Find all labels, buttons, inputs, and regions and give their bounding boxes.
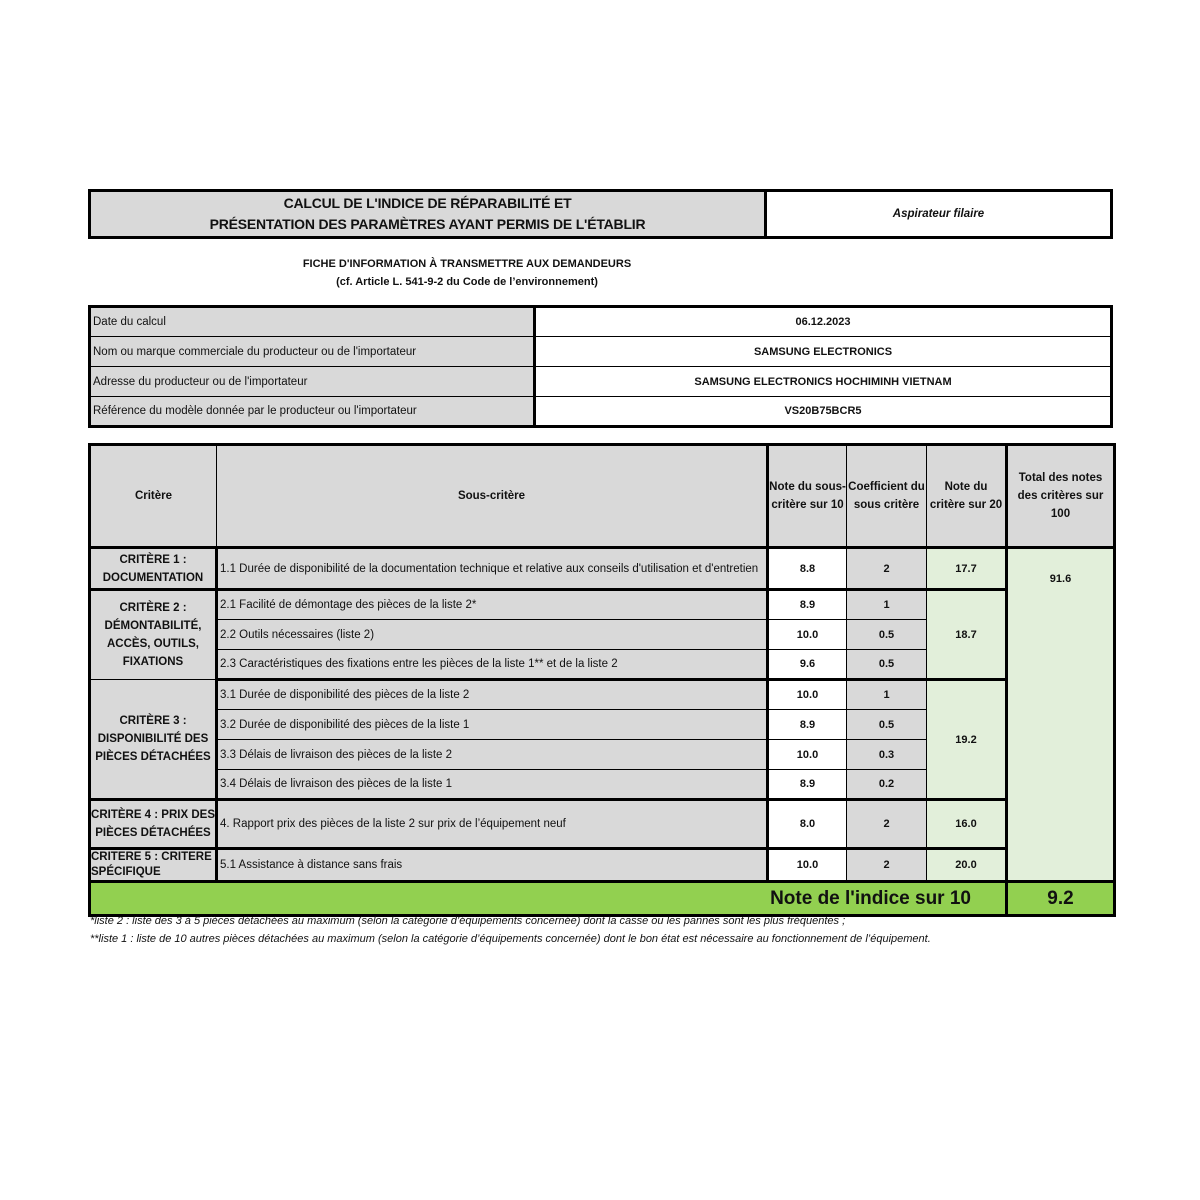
subcriterion-label: 2.3 Caractéristiques des fixations entre… (217, 650, 768, 680)
subcriterion-note: 10.0 (768, 620, 847, 650)
subcriterion-coef: 1 (847, 590, 927, 620)
criterion-score: 20.0 (927, 849, 1007, 882)
info-row-model: Référence du modèle donnée par le produc… (90, 397, 1112, 427)
subcriterion-label: 2.1 Facilité de démontage des pièces de … (217, 590, 768, 620)
subcriterion-coef: 2 (847, 849, 927, 882)
final-score-label: Note de l'indice sur 10 (90, 882, 1007, 916)
info-value: VS20B75BCR5 (535, 397, 1112, 427)
info-label: Nom ou marque commerciale du producteur … (90, 337, 535, 367)
info-row-brand: Nom ou marque commerciale du producteur … (90, 337, 1112, 367)
subcriterion-label: 3.2 Durée de disponibilité des pièces de… (217, 710, 768, 740)
subtitle-line-2: (cf. Article L. 541-9-2 du Code de l’env… (200, 273, 734, 291)
document-title: CALCUL DE L'INDICE DE RÉPARABILITÉ ET PR… (91, 192, 767, 236)
criterion-score: 18.7 (927, 590, 1007, 680)
table-row: CRITÈRE 2 : DÉMONTABILITÉ, ACCÈS, OUTILS… (90, 590, 1115, 620)
product-type: Aspirateur filaire (767, 192, 1110, 236)
subcriterion-note: 8.9 (768, 770, 847, 800)
criterion-score: 17.7 (927, 548, 1007, 590)
table-row: CRITÈRE 4 : PRIX DES PIÈCES DÉTACHÉES 4.… (90, 800, 1115, 849)
header-note-sous: Note du sous-critère sur 10 (768, 445, 847, 548)
subcriterion-label: 1.1 Durée de disponibilité de la documen… (217, 548, 768, 590)
subcriterion-label: 3.4 Délais de livraison des pièces de la… (217, 770, 768, 800)
table-row: CRITÈRE 3 : DISPONIBILITÉ DES PIÈCES DÉT… (90, 680, 1115, 710)
subcriterion-note: 8.9 (768, 710, 847, 740)
footnotes: *liste 2 : liste des 3 à 5 pièces détach… (90, 912, 931, 948)
table-header-row: Critère Sous-critère Note du sous-critèr… (90, 445, 1115, 548)
info-value: SAMSUNG ELECTRONICS (535, 337, 1112, 367)
footnote-liste-1: **liste 1 : liste de 10 autres pièces dé… (90, 930, 931, 948)
header-critere: Critère (90, 445, 217, 548)
repairability-table: Critère Sous-critère Note du sous-critèr… (88, 443, 1116, 917)
subcriterion-note: 10.0 (768, 740, 847, 770)
subcriterion-coef: 0.3 (847, 740, 927, 770)
subtitle-line-1: FICHE D'INFORMATION À TRANSMETTRE AUX DE… (200, 255, 734, 273)
footnote-liste-2: *liste 2 : liste des 3 à 5 pièces détach… (90, 912, 931, 930)
document-title-box: CALCUL DE L'INDICE DE RÉPARABILITÉ ET PR… (88, 189, 1113, 239)
criterion-label: CRITÈRE 2 : DÉMONTABILITÉ, ACCÈS, OUTILS… (90, 590, 217, 680)
subcriterion-note: 8.0 (768, 800, 847, 849)
info-value: 06.12.2023 (535, 307, 1112, 337)
subcriterion-coef: 2 (847, 800, 927, 849)
subcriterion-note: 9.6 (768, 650, 847, 680)
subcriterion-note: 10.0 (768, 680, 847, 710)
subcriterion-coef: 2 (847, 548, 927, 590)
table-row: CRITÈRE 1 : DOCUMENTATION 1.1 Durée de d… (90, 548, 1115, 590)
table-row: CRITERE 5 : CRITERE SPÉCIFIQUE 5.1 Assis… (90, 849, 1115, 882)
subcriterion-label: 3.3 Délais de livraison des pièces de la… (217, 740, 768, 770)
info-table: Date du calcul 06.12.2023 Nom ou marque … (88, 305, 1113, 428)
header-note-critere: Note du critère sur 20 (927, 445, 1007, 548)
info-value: SAMSUNG ELECTRONICS HOCHIMINH VIETNAM (535, 367, 1112, 397)
subcriterion-label: 2.2 Outils nécessaires (liste 2) (217, 620, 768, 650)
header-coef: Coefficient du sous critère (847, 445, 927, 548)
final-score-value: 9.2 (1007, 882, 1115, 916)
criterion-label: CRITÈRE 4 : PRIX DES PIÈCES DÉTACHÉES (90, 800, 217, 849)
info-label: Référence du modèle donnée par le produc… (90, 397, 535, 427)
subcriterion-note: 10.0 (768, 849, 847, 882)
subcriterion-coef: 0.2 (847, 770, 927, 800)
info-label: Date du calcul (90, 307, 535, 337)
final-score-row: Note de l'indice sur 10 9.2 (90, 882, 1115, 916)
criterion-label: CRITÈRE 1 : DOCUMENTATION (90, 548, 217, 590)
header-sous-critere: Sous-critère (217, 445, 768, 548)
title-line-1: CALCUL DE L'INDICE DE RÉPARABILITÉ ET (284, 193, 572, 214)
subcriterion-coef: 0.5 (847, 710, 927, 740)
criterion-label: CRITERE 5 : CRITERE SPÉCIFIQUE (90, 849, 217, 882)
total-score-100: 91.6 (1007, 548, 1115, 882)
subcriterion-coef: 0.5 (847, 650, 927, 680)
subcriterion-note: 8.9 (768, 590, 847, 620)
subcriterion-note: 8.8 (768, 548, 847, 590)
info-row-date: Date du calcul 06.12.2023 (90, 307, 1112, 337)
subtitle: FICHE D'INFORMATION À TRANSMETTRE AUX DE… (200, 255, 734, 291)
info-row-address: Adresse du producteur ou de l'importateu… (90, 367, 1112, 397)
title-line-2: PRÉSENTATION DES PARAMÈTRES AYANT PERMIS… (210, 214, 646, 235)
criterion-score: 19.2 (927, 680, 1007, 800)
header-total: Total des notes des critères sur 100 (1007, 445, 1115, 548)
subcriterion-coef: 1 (847, 680, 927, 710)
info-label: Adresse du producteur ou de l'importateu… (90, 367, 535, 397)
subcriterion-label: 4. Rapport prix des pièces de la liste 2… (217, 800, 768, 849)
criterion-label: CRITÈRE 3 : DISPONIBILITÉ DES PIÈCES DÉT… (90, 680, 217, 800)
subcriterion-coef: 0.5 (847, 620, 927, 650)
subcriterion-label: 5.1 Assistance à distance sans frais (217, 849, 768, 882)
subcriterion-label: 3.1 Durée de disponibilité des pièces de… (217, 680, 768, 710)
criterion-score: 16.0 (927, 800, 1007, 849)
